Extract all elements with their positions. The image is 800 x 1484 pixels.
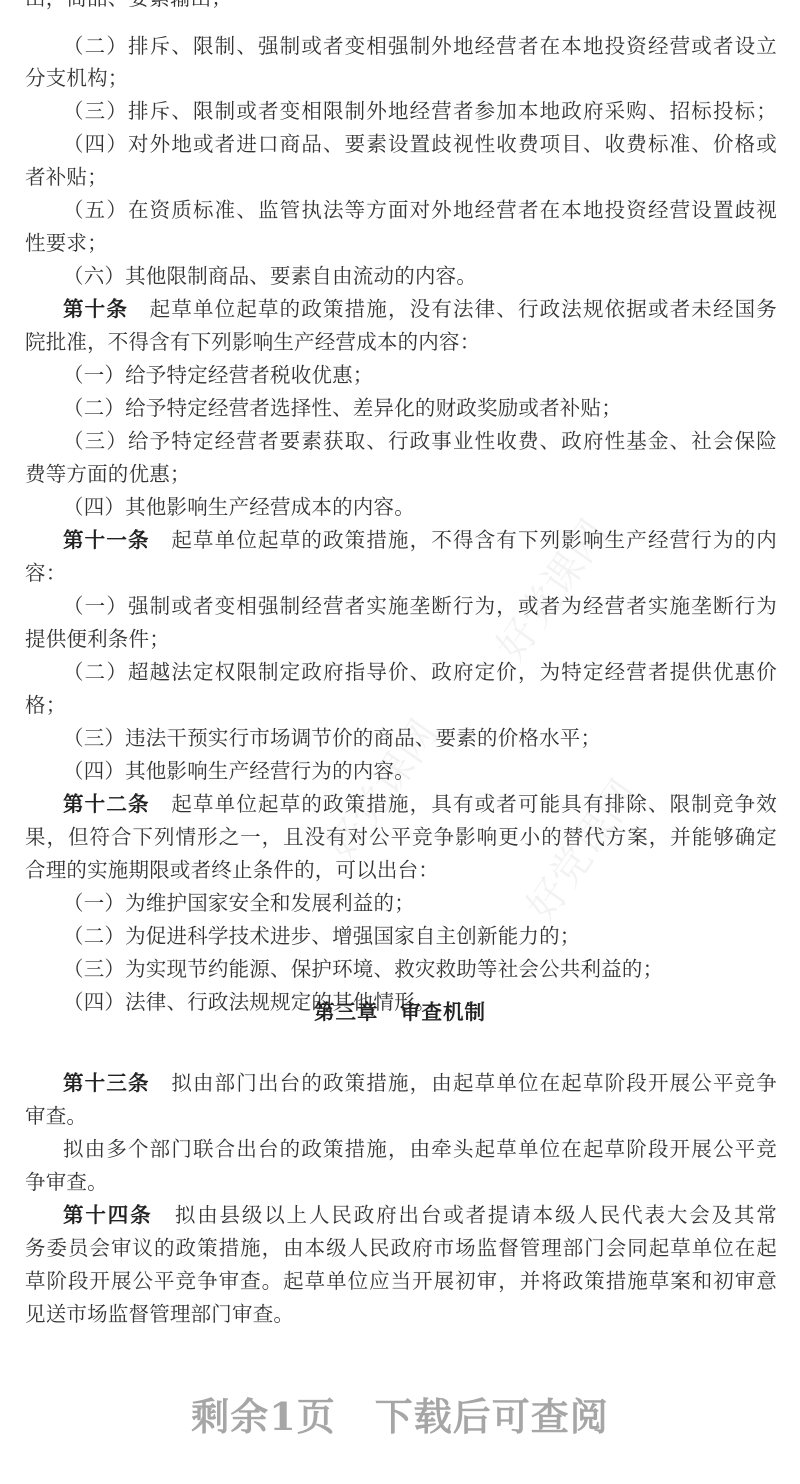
line-text: （三）为实现节约能源、保护环境、救灾救助等社会公共利益的； — [63, 957, 663, 981]
line-text: （六）其他限制商品、要素自由流动的内容。 — [63, 264, 477, 288]
line-text: 争审查。 — [25, 1170, 108, 1194]
text-line: 拟由多个部门联合出台的政策措施，由牵头起草单位在起草阶段开展公平竞 — [25, 1133, 777, 1166]
text-line: 第十二条 起草单位起草的政策措施，具有或者可能具有排除、限制竞争效 — [25, 788, 777, 821]
line-text: （五）在资质标准、监管执法等方面对外地经营者在本地投资经营设置歧视 — [63, 198, 777, 222]
line-text: 院批准，不得含有下列影响生产经营成本的内容： — [25, 330, 480, 354]
text-line: 争审查。 — [25, 1166, 777, 1199]
text-line: （二）给予特定经营者选择性、差异化的财政奖励或者补贴； — [25, 392, 777, 425]
text-line: 第十条 起草单位起草的政策措施，没有法律、行政法规依据或者未经国务 — [25, 293, 777, 326]
line-text: 性要求； — [25, 231, 108, 255]
text-line: （四）其他影响生产经营行为的内容。 — [25, 755, 777, 788]
text-line: （六）其他限制商品、要素自由流动的内容。 — [25, 260, 777, 293]
text-line: 草阶段开展公平竞争审查。起草单位应当开展初审，并将政策措施草案和初审意 — [25, 1265, 777, 1298]
text-line: （一）强制或者变相强制经营者实施垄断行为，或者为经营者实施垄断行为 — [25, 590, 777, 623]
text-line: （四）其他影响生产经营成本的内容。 — [25, 491, 777, 524]
line-text: 拟由部门出台的政策措施，由起草单位在起草阶段开展公平竞争 — [150, 1071, 777, 1095]
text-line: 分支机构； — [25, 62, 777, 95]
line-text: 拟由县级以上人民政府出台或者提请本级人民代表大会及其常 — [152, 1203, 777, 1227]
line-text: 务委员会审议的政策措施，由本级人民政府市场监督管理部门会同起草单位在起 — [25, 1236, 777, 1260]
text-line: （二）为促进科学技术进步、增强国家自主创新能力的； — [25, 920, 777, 953]
line-text: 起草单位起草的政策措施，不得含有下列影响生产经营行为的内 — [150, 528, 777, 552]
text-line: 容： — [25, 557, 777, 590]
line-text: 格； — [25, 693, 66, 717]
text-line: （二）排斥、限制、强制或者变相强制外地经营者在本地投资经营或者设立 — [25, 30, 777, 63]
text-line: （一）为维护国家安全和发展利益的； — [25, 887, 777, 920]
text-line: 果，但符合下列情形之一，且没有对公平竞争影响更小的替代方案，并能够确定 — [25, 821, 777, 854]
line-text: 费等方面的优惠； — [25, 462, 191, 486]
line-text: 果，但符合下列情形之一，且没有对公平竞争影响更小的替代方案，并能够确定 — [25, 825, 777, 849]
text-line: （三）给予特定经营者要素获取、行政事业性收费、政府性基金、社会保险 — [25, 425, 777, 458]
line-text: （二）为促进科学技术进步、增强国家自主创新能力的； — [63, 924, 581, 948]
line-text: 拟由多个部门联合出台的政策措施，由牵头起草单位在起草阶段开展公平竞 — [63, 1137, 777, 1161]
article-number: 第十一条 — [63, 528, 150, 552]
line-text: 分支机构； — [25, 66, 129, 90]
line-text: （一）强制或者变相强制经营者实施垄断行为，或者为经营者实施垄断行为 — [63, 594, 777, 618]
text-line: 者补贴； — [25, 161, 777, 194]
line-text: （四）其他影响生产经营行为的内容。 — [63, 759, 415, 783]
article-number: 第十三条 — [63, 1071, 150, 1095]
text-line: （一）给予特定经营者税收优惠； — [25, 359, 777, 392]
line-text: （三）排斥、限制或者变相限制外地经营者参加本地政府采购、招标投标； — [63, 99, 777, 123]
line-text: 见送市场监督管理部门审查。 — [25, 1302, 294, 1326]
article-number: 第十二条 — [63, 792, 150, 816]
text-line: 提供便利条件； — [25, 623, 777, 656]
text-line: 审查。 — [25, 1100, 777, 1133]
line-text: （四）对外地或者进口商品、要素设置歧视性收费项目、收费标准、价格或 — [63, 132, 777, 156]
line-text: （二）超越法定权限制定政府指导价、政府定价，为特定经营者提供优惠价 — [63, 660, 777, 684]
text-line: 见送市场监督管理部门审查。 — [25, 1298, 777, 1331]
line-text: （三）违法干预实行市场调节价的商品、要素的价格水平； — [63, 726, 601, 750]
text-line: 第十一条 起草单位起草的政策措施，不得含有下列影响生产经营行为的内 — [25, 524, 777, 557]
article-number: 第十四条 — [63, 1203, 152, 1227]
text-line: 合理的实施期限或者终止条件的，可以出台： — [25, 854, 777, 887]
line-text: 合理的实施期限或者终止条件的，可以出台： — [25, 858, 439, 882]
text-line: （三）为实现节约能源、保护环境、救灾救助等社会公共利益的； — [25, 953, 777, 986]
line-text: （四）其他影响生产经营成本的内容。 — [63, 495, 415, 519]
line-text: （三）给予特定经营者要素获取、行政事业性收费、政府性基金、社会保险 — [63, 429, 777, 453]
line-text: 草阶段开展公平竞争审查。起草单位应当开展初审，并将政策措施草案和初审意 — [25, 1269, 777, 1293]
clipped-text-line: 出，商品、要素输出； — [25, 0, 777, 15]
text-line: 第十三条 拟由部门出台的政策措施，由起草单位在起草阶段开展公平竞争 — [25, 1067, 777, 1100]
remaining-pages-notice[interactable]: 剩余1页 下载后可查阅 — [0, 1386, 800, 1441]
line-text: 起草单位起草的政策措施，没有法律、行政法规依据或者未经国务 — [128, 297, 777, 321]
line-text: 容： — [25, 561, 66, 585]
text-line: （四）对外地或者进口商品、要素设置歧视性收费项目、收费标准、价格或 — [25, 128, 777, 161]
text-line: 格； — [25, 689, 777, 722]
text-line: 性要求； — [25, 227, 777, 260]
text-line: （三）排斥、限制或者变相限制外地经营者参加本地政府采购、招标投标； — [25, 95, 777, 128]
text-line: （三）违法干预实行市场调节价的商品、要素的价格水平； — [25, 722, 777, 755]
text-line: （五）在资质标准、监管执法等方面对外地经营者在本地投资经营设置歧视 — [25, 194, 777, 227]
line-text: （二）给予特定经营者选择性、差异化的财政奖励或者补贴； — [63, 396, 622, 420]
text-line: 务委员会审议的政策措施，由本级人民政府市场监督管理部门会同起草单位在起 — [25, 1232, 777, 1265]
chapter-title: 第三章 审查机制 — [0, 995, 800, 1025]
line-text: （一）为维护国家安全和发展利益的； — [63, 891, 415, 915]
text-line: 费等方面的优惠； — [25, 458, 777, 491]
text-line: 院批准，不得含有下列影响生产经营成本的内容： — [25, 326, 777, 359]
text-line: （二）超越法定权限制定政府指导价、政府定价，为特定经营者提供优惠价 — [25, 656, 777, 689]
line-text: （一）给予特定经营者税收优惠； — [63, 363, 374, 387]
article-number: 第十条 — [63, 297, 128, 321]
line-text: 者补贴； — [25, 165, 108, 189]
line-text: 提供便利条件； — [25, 627, 170, 651]
line-text: 起草单位起草的政策措施，具有或者可能具有排除、限制竞争效 — [150, 792, 777, 816]
line-text: （二）排斥、限制、强制或者变相强制外地经营者在本地投资经营或者设立 — [63, 34, 777, 58]
text-line: 第十四条 拟由县级以上人民政府出台或者提请本级人民代表大会及其常 — [25, 1199, 777, 1232]
line-text: 审查。 — [25, 1104, 87, 1128]
